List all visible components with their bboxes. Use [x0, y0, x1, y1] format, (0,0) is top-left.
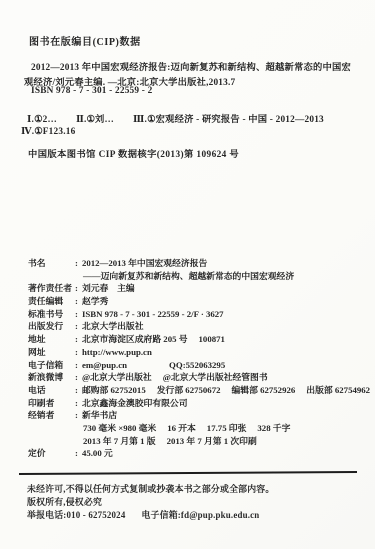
detail-label: 经销者: [28, 409, 74, 422]
cip-registry-number: 中国版本图书馆 CIP 数据核字(2013)第 109624 号: [28, 146, 239, 160]
detail-colon: :: [75, 410, 78, 420]
word-count: 328 千字: [257, 423, 290, 433]
row-subtitle: ——迈向新复苏和新结构、超越新常态的中国宏观经济: [28, 270, 368, 283]
sheet-count: 17.75 印张: [207, 423, 247, 433]
rights-reserved: 版权所有,侵权必究: [27, 496, 274, 509]
email-address: em@pup.cn: [82, 360, 127, 370]
book-title: 2012—2013 年中国宏观经济报告: [82, 258, 207, 268]
row-price: 定价:45.00 元: [28, 447, 368, 460]
publication-details: 书名:2012—2013 年中国宏观经济报告 ——迈向新复苏和新结构、超越新常态…: [28, 257, 368, 460]
detail-colon: :: [75, 360, 78, 370]
weibo-handle-2: @北京大学出版社经管图书: [163, 372, 268, 382]
detail-colon: :: [75, 296, 78, 306]
row-weibo: 新浪微博:@北京大学出版社@北京大学出版社经管图书: [28, 371, 368, 384]
detail-label: 标准书号: [28, 308, 74, 321]
printer-name: 北京鑫海金澳胶印有限公司: [82, 398, 188, 408]
detail-label: 网址: [28, 346, 74, 359]
detail-label: 新浪微博: [28, 371, 74, 384]
editor-name: 赵学秀: [82, 296, 108, 306]
cip-description-line1: 2012—2013 年中国宏观经济报告:迈向新复苏和新结构、超越新常态的中国宏: [31, 59, 351, 73]
detail-colon: :: [75, 448, 78, 458]
detail-colon: :: [75, 309, 78, 319]
phone-editorial: 编辑部 62752926: [232, 385, 296, 395]
row-edition: 2013 年 7 月第 1 版2013 年 7 月第 1 次印刷: [28, 435, 368, 448]
paper-size: 730 毫米 ×980 毫米: [83, 423, 156, 433]
detail-label: 书名: [28, 257, 74, 270]
row-book-title: 书名:2012—2013 年中国宏观经济报告: [28, 257, 368, 270]
row-phone: 电话:邮购部 62752015发行部 62750672编辑部 62752926出…: [28, 384, 368, 397]
row-distributor: 经销者:新华书店: [28, 409, 368, 422]
detail-colon: :: [75, 385, 78, 395]
row-author: 著作责任者:刘元春 主编: [28, 282, 368, 295]
cip-isbn: ISBN 978 - 7 - 301 - 22559 - 2: [31, 86, 152, 96]
detail-label: 地址: [28, 333, 74, 346]
postal-code: 100871: [199, 334, 225, 344]
row-printer: 印刷者:北京鑫海金澳胶印有限公司: [28, 397, 368, 410]
book-subtitle: ——迈向新复苏和新结构、超越新常态的中国宏观经济: [83, 271, 294, 281]
street-address: 北京市海淀区成府路 205 号: [82, 334, 188, 344]
detail-colon: :: [75, 372, 78, 382]
author-name: 刘元春 主编: [82, 283, 135, 293]
detail-label: 印刷者: [28, 397, 74, 410]
phone-distribution: 发行部 62750672: [157, 385, 221, 395]
detail-label: 定价: [28, 447, 74, 460]
weibo-handle-1: @北京大学出版社: [82, 372, 152, 382]
row-isbn: 标准书号:ISBN 978 - 7 - 301 - 22559 - 2/F · …: [28, 308, 368, 321]
cip-classification-line1: Ⅰ.①2… Ⅱ.①刘… Ⅲ.①宏观经济 - 研究报告 - 中国 - 2012—2…: [27, 111, 324, 125]
detail-colon: :: [75, 321, 78, 331]
qq-number: QQ:552063295: [169, 360, 225, 370]
report-contact-line: 举报电话:010 - 62752024电子信箱:fd@pup.pku.edu.c…: [27, 509, 274, 522]
detail-colon: :: [75, 283, 78, 293]
report-phone: 举报电话:010 - 62752024: [27, 510, 125, 520]
price-value: 45.00 元: [82, 448, 113, 458]
format-size: 16 开本: [167, 423, 196, 433]
publisher-name: 北京大学出版社: [82, 321, 144, 331]
detail-colon: :: [75, 258, 78, 268]
cip-heading: 图书在版编目(CIP)数据: [29, 33, 141, 48]
copyright-notice: 未经许可,不得以任何方式复制或抄袭本书之部分或全部内容。 版权所有,侵权必究 举…: [27, 483, 274, 521]
cip-classification-line2: Ⅳ.①F123.16: [21, 126, 75, 137]
row-address: 地址:北京市海淀区成府路 205 号100871: [28, 333, 368, 346]
phone-mail-order: 邮购部 62752015: [82, 385, 146, 395]
row-publisher: 出版发行:北京大学出版社: [28, 320, 368, 333]
edition-info: 2013 年 7 月第 1 版: [83, 436, 156, 446]
row-website: 网址:http://www.pup.cn: [28, 346, 368, 359]
row-editor: 责任编辑:赵学秀: [28, 295, 368, 308]
detail-colon: :: [75, 334, 78, 344]
detail-label: 电子信箱: [28, 359, 74, 372]
standard-book-number: ISBN 978 - 7 - 301 - 22559 - 2/F · 3627: [82, 309, 224, 319]
horizontal-rule: [19, 471, 357, 475]
website-url: http://www.pup.cn: [82, 347, 152, 357]
detail-colon: :: [75, 398, 78, 408]
report-email: 电子信箱:fd@pup.pku.edu.cn: [141, 510, 259, 520]
detail-label: 出版发行: [28, 320, 74, 333]
cip-copyright-page: 图书在版编目(CIP)数据 2012—2013 年中国宏观经济报告:迈向新复苏和…: [0, 0, 375, 549]
row-email: 电子信箱:em@pup.cnQQ:552063295: [28, 359, 368, 372]
no-copy-warning: 未经许可,不得以任何方式复制或抄袭本书之部分或全部内容。: [27, 483, 274, 496]
distributor-name: 新华书店: [82, 410, 117, 420]
detail-label: 电话: [28, 384, 74, 397]
detail-colon: :: [75, 347, 78, 357]
row-format: 730 毫米 ×980 毫米16 开本17.75 印张328 千字: [28, 422, 368, 435]
detail-label: 著作责任者: [28, 282, 74, 295]
phone-publishing: 出版部 62754962: [306, 385, 370, 395]
detail-label: 责任编辑: [28, 295, 74, 308]
printing-info: 2013 年 7 月第 1 次印刷: [167, 436, 257, 446]
